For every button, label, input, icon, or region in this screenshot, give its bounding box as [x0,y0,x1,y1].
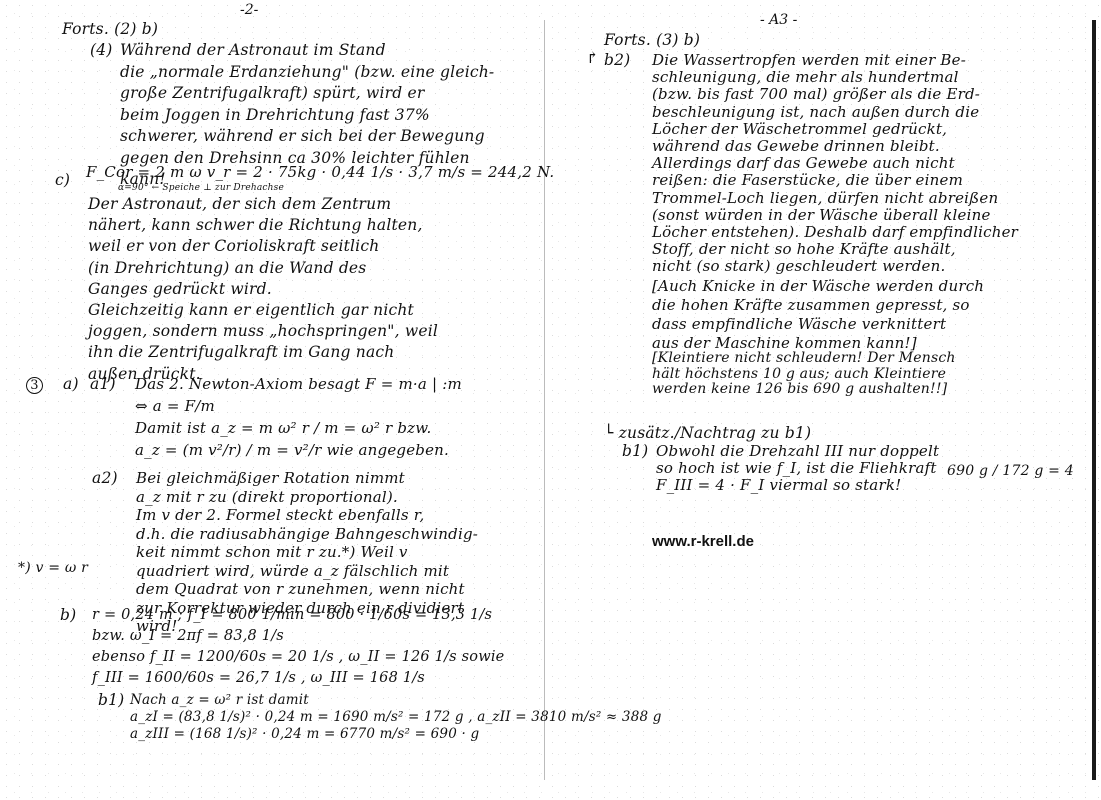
handwritten-line: a_zIII = (168 1/s)² · 0,24 m = 6770 m/s²… [130,726,479,743]
force-ratio: 690 g / 172 g = 4 [947,463,1074,480]
right-page: - A3 - Forts. (3) b) ↱ b2) Die Wassertro… [552,0,1101,800]
handwritten-line: Ganges gedrückt wird. [88,281,272,298]
handwritten-line: [Kleintiere nicht schleudern! Der Mensch [652,350,956,367]
handwritten-line: (sonst würden in der Wäsche überall klei… [652,207,991,224]
handwritten-line: F_III = 4 · F_I viermal so stark! [656,477,901,494]
handwritten-line: schleunigung, die mehr als hundertmal [652,69,959,86]
task-b-label: b) [60,607,76,624]
handwritten-line: Die Wassertropfen werden mit einer Be- [652,52,966,69]
handwritten-line: nicht (so stark) geschleudert werden. [652,258,945,275]
task-a2-label: a2) [92,470,118,487]
handwritten-line: [Auch Knicke in der Wäsche werden durch [652,278,984,295]
handwritten-line: ihn die Zentrifugalkraft im Gang nach [88,344,394,361]
continuation-header: Forts. (3) b) [604,32,700,49]
handwritten-line: werden keine 126 bis 690 g aushalten!!] [652,381,947,398]
handwritten-line: a_z = (m v²/r) / m = v²/r wie angegeben. [135,442,449,459]
handwritten-line: bzw. ω_I = 2πf = 83,8 1/s [92,628,284,645]
handwritten-line: Gleichzeitig kann er eigentlich gar nich… [88,302,414,319]
handwritten-line: (bzw. bis fast 700 mal) größer als die E… [652,86,980,103]
handwritten-line: Trommel-Loch liegen, dürfen nicht abreiß… [652,190,998,207]
handwritten-line: beschleunigung ist, nach außen durch die [652,104,979,121]
handwritten-line: so hoch ist wie f_I, ist die Fliehkraft [656,460,937,477]
handwritten-line: d.h. die radiusabhängige Bahngeschwindig… [136,526,478,543]
handwritten-line: nähert, kann schwer die Richtung halten, [88,217,423,234]
task-a1-label: a1) [90,376,116,393]
addendum-b1-label: b1) [622,443,648,460]
handwritten-line: joggen, sondern muss „hochspringen", wei… [88,323,438,340]
handwritten-line: dem Quadrat von r zunehmen, wenn nicht [136,581,465,598]
formula-note: α=90° ← Speiche ⊥ zur Drehachse [118,183,284,193]
task-b2-label: b2) [604,52,630,69]
handwritten-line: keit nimmt schon mit r zu.*) Weil v [136,544,408,561]
task-3-marker: 3 [26,376,43,394]
handwritten-line: während das Gewebe drinnen bleibt. [652,138,940,155]
handwritten-line: r = 0,24 m ; f_I = 800 1/min = 800 · 1/6… [92,607,492,624]
addendum-header: └ zusätz./Nachtrag zu b1) [604,425,811,442]
task-3a-label: a) [63,376,79,393]
website-link[interactable]: www.r-krell.de [652,533,754,550]
continuation-header: Forts. (2) b) [62,21,158,38]
handwritten-line: dass empfindliche Wäsche verknittert [652,316,946,333]
handwritten-line: a_z mit r zu (direkt proportional). [136,489,398,506]
handwritten-line: quadriert wird, würde a_z fälschlich mit [136,563,449,580]
handwritten-line: Obwohl die Drehzahl III nur doppelt [656,443,939,460]
handwritten-line: die „normale Erdanziehung" (bzw. eine gl… [120,64,494,81]
handwritten-line: Allerdings darf das Gewebe auch nicht [652,155,955,172]
arrow-marker: ↱ [586,50,599,67]
handwritten-line: Im v der 2. Formel steckt ebenfalls r, [136,507,424,524]
task-b1-label: b1) [98,692,124,709]
coriolis-formula: F_Cor = 2 m ω v_r = 2 · 75kg · 0,44 1/s … [86,164,554,181]
handwritten-line: beim Joggen in Drehrichtung fast 37% [120,107,430,124]
handwritten-line: (in Drehrichtung) an die Wand des [88,260,366,277]
handwritten-line: große Zentrifugalkraft) spürt, wird er [120,85,424,102]
handwritten-line: Nach a_z = ω² r ist damit [130,692,309,709]
handwritten-line: f_III = 1600/60s = 26,7 1/s , ω_III = 16… [92,670,425,687]
left-page: -2- Forts. (2) b) (4) Während der Astron… [0,0,548,800]
handwritten-line: Löcher der Wäschetrommel gedrückt, [652,121,947,138]
handwritten-line: Während der Astronaut im Stand [120,42,386,59]
section-4-label: (4) [90,42,113,59]
handwritten-line: Das 2. Newton-Axiom besagt F = m·a | :m [135,376,462,393]
handwritten-line: schwerer, während er sich bei der Bewegu… [120,128,485,145]
handwritten-line: ebenso f_II = 1200/60s = 20 1/s , ω_II =… [92,649,504,666]
section-c-label: c) [55,172,70,189]
margin-note: *) v = ω r [18,560,88,577]
handwritten-line: Bei gleichmäßiger Rotation nimmt [136,470,405,487]
handwritten-line: ⇔ a = F/m [135,398,215,415]
handwritten-line: weil er von der Corioliskraft seitlich [88,238,379,255]
handwritten-line: Stoff, der nicht so hohe Kräfte aushält, [652,241,956,258]
handwritten-line: Löcher entstehen). Deshalb darf empfindl… [652,224,1018,241]
handwritten-line: hält höchstens 10 g aus; auch Kleintiere [652,366,946,383]
page-number: - A3 - [760,12,797,28]
page-number: -2- [240,2,258,18]
handwritten-line: Der Astronaut, der sich dem Zentrum [88,196,391,213]
handwritten-line: reißen: die Faserstücke, die über einem [652,172,963,189]
handwritten-line: die hohen Kräfte zusammen gepresst, so [652,297,970,314]
handwritten-line: Damit ist a_z = m ω² r / m = ω² r bzw. [135,420,432,437]
